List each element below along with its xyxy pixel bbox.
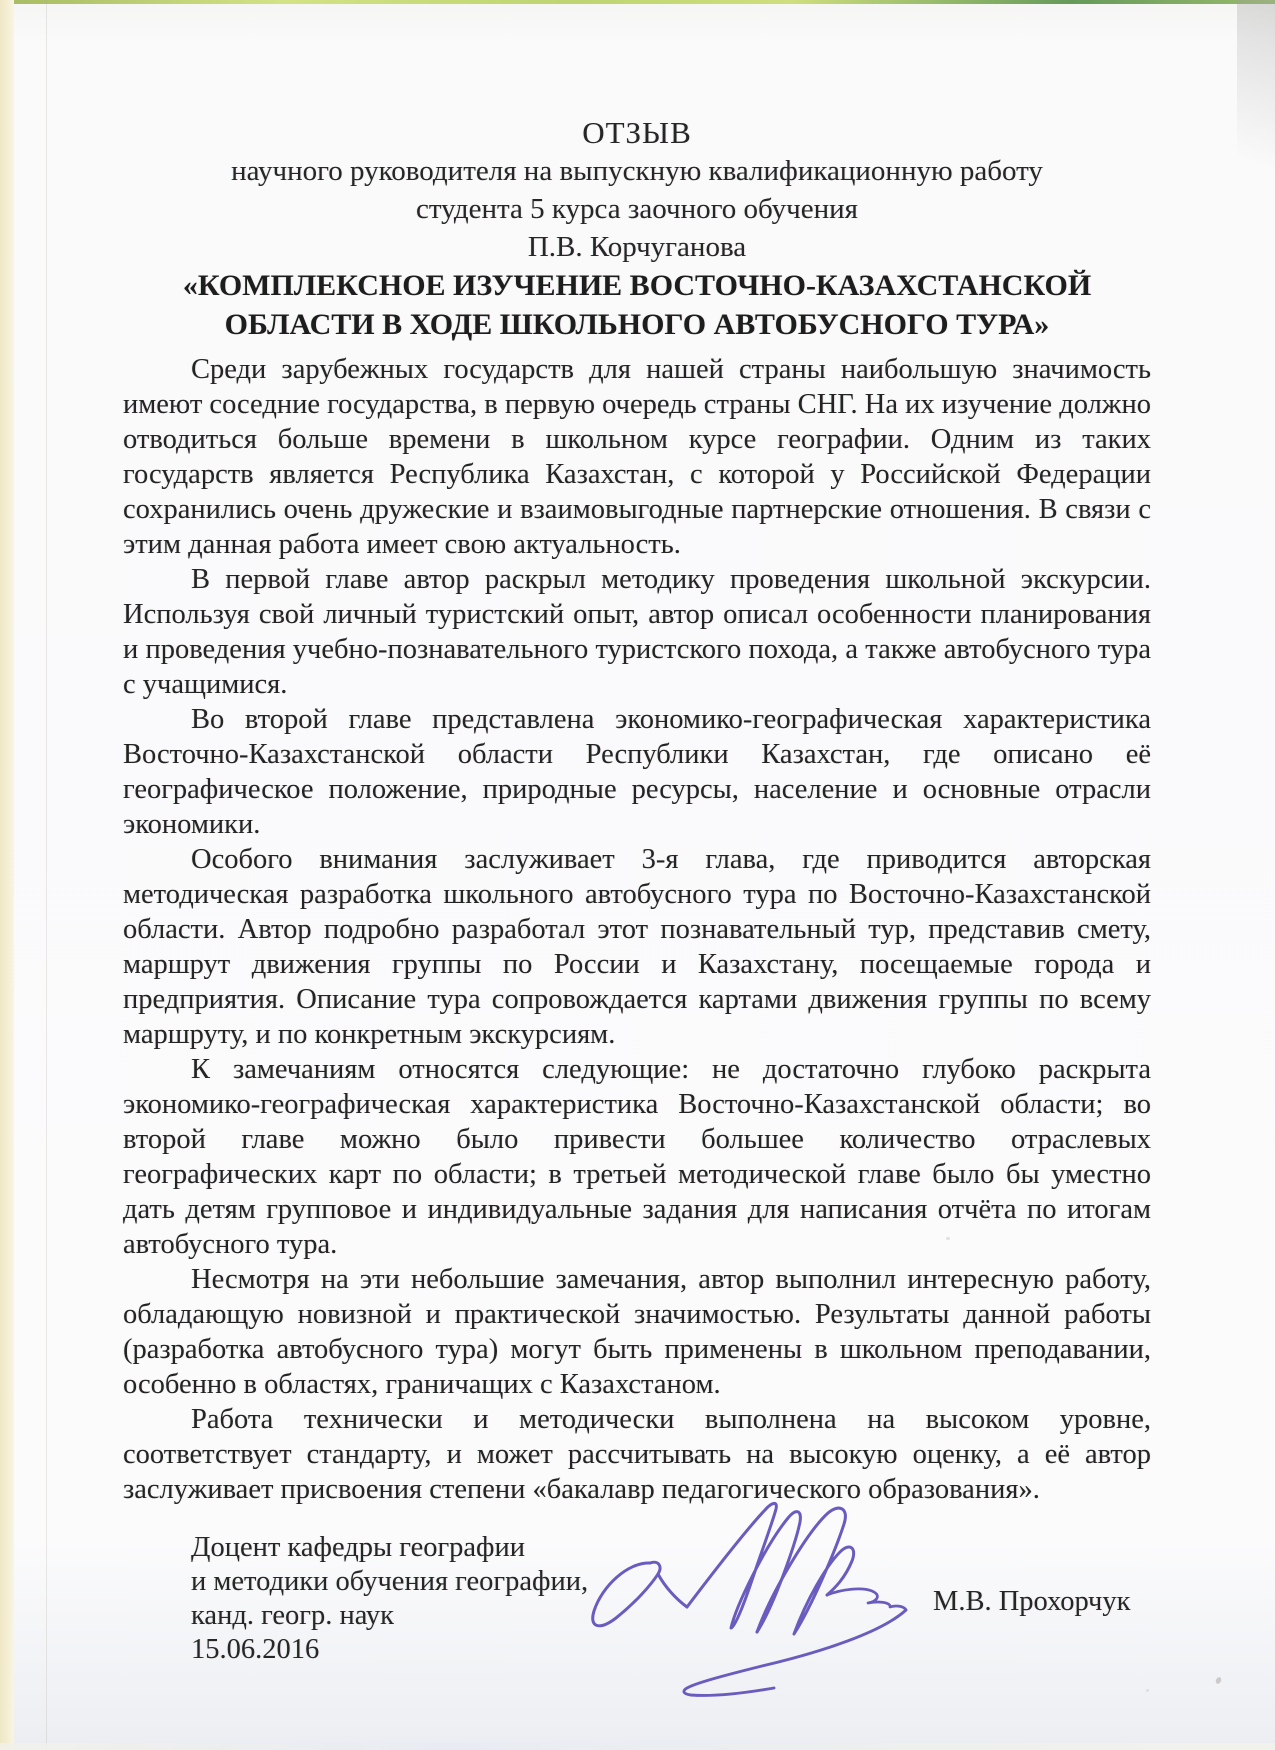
signer-name: М.В. Прохорчук (933, 1586, 1130, 1618)
scan-dust-speck (1215, 1676, 1222, 1684)
scan-bottom-edge-strip (0, 1743, 1275, 1750)
paragraph-chapter-3: Особого внимания заслуживает 3-я глава, … (123, 842, 1151, 1052)
student-name-line: П.В. Корчуганова (123, 228, 1151, 266)
paragraph-evaluation: Несмотря на эти небольшие замечания, авт… (123, 1262, 1151, 1402)
signature-block: Доцент кафедры географии и методики обуч… (123, 1531, 1151, 1741)
document-body: Среди зарубежных государств для нашей ст… (123, 352, 1151, 1507)
paragraph-remarks: К замечаниям относятся следующие: не дос… (123, 1052, 1151, 1262)
subtitle-line-1: научного руководителя на выпускную квали… (123, 152, 1151, 190)
document-title: ОТЗЫВ (123, 114, 1151, 152)
scan-left-edge-strip (0, 0, 14, 1750)
subtitle-line-2: студента 5 курса заочного обучения (123, 190, 1151, 228)
scan-corner-shadow (1237, 0, 1275, 300)
work-title-line-2: ОБЛАСТИ В ХОДЕ ШКОЛЬНОГО АВТОБУСНОГО ТУР… (123, 305, 1151, 344)
document-header: ОТЗЫВ научного руководителя на выпускную… (123, 114, 1151, 344)
paragraph-chapter-2: Во второй главе представлена экономико-г… (123, 702, 1151, 842)
signer-position-line-1: Доцент кафедры географии (191, 1531, 1151, 1565)
work-title-line-1: «КОМПЛЕКСНОЕ ИЗУЧЕНИЕ ВОСТОЧНО-КАЗАХСТАН… (123, 266, 1151, 305)
paper-edge-line (46, 0, 47, 1750)
scanned-review-page: ОТЗЫВ научного руководителя на выпускную… (0, 0, 1275, 1750)
paragraph-introduction: Среди зарубежных государств для нашей ст… (123, 352, 1151, 562)
paragraph-conclusion: Работа технически и методически выполнен… (123, 1402, 1151, 1507)
signature-date: 15.06.2016 (191, 1633, 1151, 1667)
paragraph-chapter-1: В первой главе автор раскрыл методику пр… (123, 562, 1151, 702)
document-content: ОТЗЫВ научного руководителя на выпускную… (123, 0, 1151, 1741)
